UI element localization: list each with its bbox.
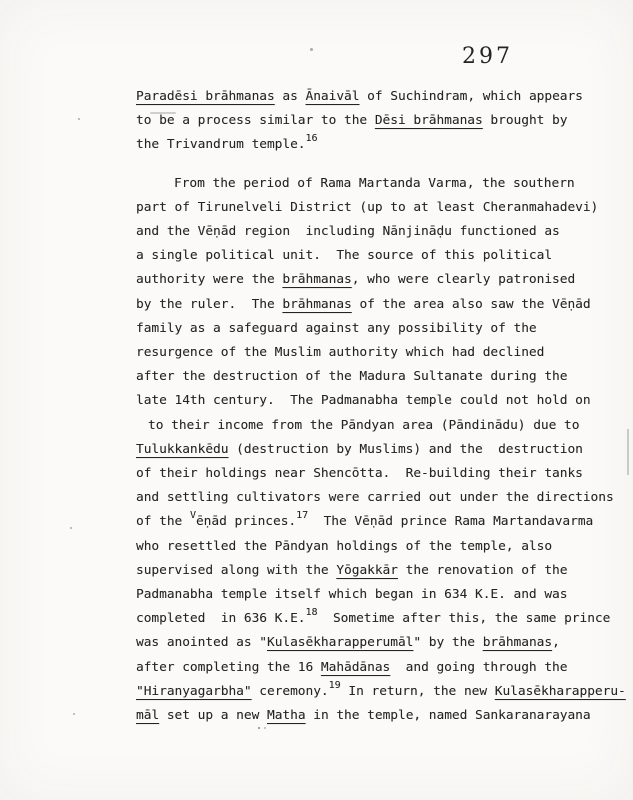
text-line: family as a safeguard against any possib…: [136, 317, 628, 341]
text-segment: and going through the: [390, 660, 567, 675]
scan-speck: [70, 527, 72, 529]
text-segment: family as a safeguard against any possib…: [136, 321, 537, 336]
text-segment: The Vēṇād prince Rama Martandavarma: [308, 514, 593, 529]
text-segment: Sometime after this, the same prince: [318, 611, 611, 626]
text-line: and settling cultivators were carried ou…: [136, 486, 628, 510]
text-segment: and the Vēṇād region including Nānjināḍu…: [136, 224, 560, 239]
text-segment: the renovation of the: [398, 563, 568, 578]
underlined-term: Kulasēkharapperu-: [495, 684, 626, 699]
underlined-term: Mahādānas: [321, 660, 390, 675]
footnote-ref: 19: [329, 680, 341, 691]
scan-underline-dots: [258, 727, 260, 729]
underlined-term: Ānaivāl: [306, 89, 360, 104]
underlined-term: Paradēsi brāhmanas: [136, 89, 275, 104]
text-segment: who resettled the Pāndyan holdings of th…: [136, 539, 552, 554]
text-segment: after the destruction of the Madura Sult…: [136, 369, 567, 384]
text-line: after the destruction of the Madura Sult…: [136, 365, 628, 389]
text-line: a single political unit. The source of t…: [136, 244, 628, 268]
underlined-term: Tulukkankēdu: [136, 442, 228, 457]
scan-speck: [78, 118, 80, 120]
scan-edge-artifact: [627, 429, 629, 475]
text-segment: the Trivandrum temple.: [136, 137, 306, 152]
underlined-term: Kulasēkharapperumāl: [267, 635, 413, 650]
page-number: 297: [462, 44, 513, 69]
text-segment: of their holdings near Shencōtta. Re-bui…: [136, 466, 583, 481]
text-segment: set up a new: [159, 708, 267, 723]
text-segment: of the area also saw the Vēṇād: [352, 297, 591, 312]
text-segment: brought by: [483, 113, 568, 128]
text-segment: Padmanabha temple itself which began in …: [136, 587, 567, 602]
footnote-ref: 16: [306, 133, 318, 144]
text-line: resurgence of the Muslim authority which…: [136, 341, 628, 365]
text-segment: authority were the: [136, 272, 282, 287]
text-line: of their holdings near Shencōtta. Re-bui…: [136, 462, 628, 486]
text-line: to be a process similar to the Dēsi brāh…: [136, 109, 628, 133]
footnote-ref: 17: [296, 510, 308, 521]
underlined-term: "Hiranyagarbha": [136, 684, 252, 699]
underlined-term: Dēsi brāhmanas: [375, 113, 483, 128]
text-segment: to be a process similar to the: [136, 113, 375, 128]
text-segment: In return, the new: [341, 684, 495, 699]
text-segment: From the period of Rama Martanda Varma, …: [174, 176, 575, 191]
text-line: to their income from the Pāndyan area (P…: [136, 414, 628, 438]
text-line: Tulukkankēdu (destruction by Muslims) an…: [136, 438, 628, 462]
text-segment: , who were clearly patronised: [352, 272, 575, 287]
underlined-term: brāhmanas: [483, 635, 552, 650]
text-segment: to their income from the Pāndyan area (P…: [148, 418, 579, 433]
scan-smudge: [150, 112, 176, 114]
text-segment: after completing the 16: [136, 660, 321, 675]
text-segment: supervised along with the: [136, 563, 336, 578]
document-text: Paradēsi brāhmanas as Ānaivāl of Suchind…: [136, 85, 628, 728]
text-line: completed in 636 K.E.18 Sometime after t…: [136, 607, 628, 631]
text-segment: was anointed as ": [136, 635, 267, 650]
text-segment: completed in 636 K.E.: [136, 611, 306, 626]
text-line: From the period of Rama Martanda Varma, …: [136, 172, 628, 196]
text-segment: ceremony.: [252, 684, 329, 699]
text-line: the Trivandrum temple.16: [136, 133, 628, 157]
text-line: "Hiranyagarbha" ceremony.19 In return, t…: [136, 680, 628, 704]
text-segment: and settling cultivators were carried ou…: [136, 490, 614, 505]
scanned-page: 297 Paradēsi brāhmanas as Ānaivāl of Suc…: [0, 0, 633, 800]
text-segment: of Suchindram, which appears: [359, 89, 582, 104]
underlined-term: brāhmanas: [282, 297, 351, 312]
text-line: after completing the 16 Mahādānas and go…: [136, 656, 628, 680]
text-line: part of Tirunelveli District (up to at l…: [136, 196, 628, 220]
text-segment: ,: [552, 635, 560, 650]
scan-speck: [310, 48, 313, 51]
text-segment: ēṇād princes.: [196, 514, 296, 529]
underlined-term: Yōgakkār: [336, 563, 398, 578]
text-line: and the Vēṇād region including Nānjināḍu…: [136, 220, 628, 244]
underlined-term: brāhmanas: [282, 272, 351, 287]
scan-speck: [73, 713, 75, 715]
text-segment: " by the: [413, 635, 482, 650]
footnote-ref: V: [190, 510, 196, 521]
text-line: of the Vēṇād princes.17 The Vēṇād prince…: [136, 510, 628, 534]
text-segment: part of Tirunelveli District (up to at l…: [136, 200, 598, 215]
underlined-term: Matha: [267, 708, 306, 723]
text-segment: as: [275, 89, 306, 104]
text-line: Padmanabha temple itself which began in …: [136, 583, 628, 607]
text-line: authority were the brāhmanas, who were c…: [136, 268, 628, 292]
text-line: was anointed as "Kulasēkharapperumāl" by…: [136, 631, 628, 655]
text-segment: resurgence of the Muslim authority which…: [136, 345, 544, 360]
text-segment: of the: [136, 514, 190, 529]
text-line: māl set up a new Matha in the temple, na…: [136, 704, 628, 728]
text-segment: a single political unit. The source of t…: [136, 248, 552, 263]
underlined-term: māl: [136, 708, 159, 723]
text-line: Paradēsi brāhmanas as Ānaivāl of Suchind…: [136, 85, 628, 109]
text-line: supervised along with the Yōgakkār the r…: [136, 559, 628, 583]
text-segment: late 14th century. The Padmanabha temple…: [136, 393, 591, 408]
text-line: who resettled the Pāndyan holdings of th…: [136, 535, 628, 559]
footnote-ref: 18: [306, 607, 318, 618]
text-segment: by the ruler. The: [136, 297, 282, 312]
text-line: late 14th century. The Padmanabha temple…: [136, 389, 628, 413]
text-segment: in the temple, named Sankaranarayana: [306, 708, 591, 723]
text-segment: (destruction by Muslims) and the destruc…: [228, 442, 582, 457]
text-line: by the ruler. The brāhmanas of the area …: [136, 293, 628, 317]
